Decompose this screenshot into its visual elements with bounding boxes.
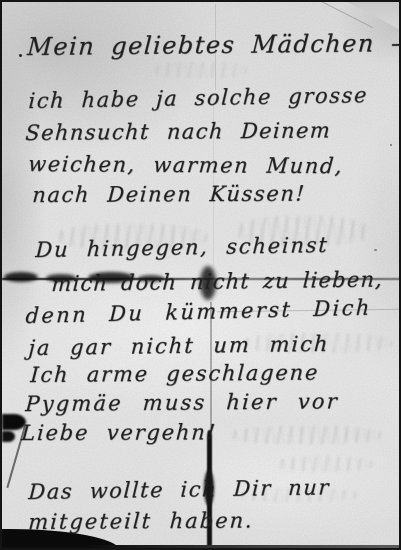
handwritten-line: denn Du kümmerst Dich <box>25 298 372 327</box>
handwritten-line: ja gar nicht um mich <box>28 334 330 359</box>
paper-corner-fold <box>347 2 399 29</box>
handwritten-line-salutation: Mein geliebtes Mädchen – <box>27 31 401 59</box>
handwritten-line: ich habe ja solche grosse <box>28 85 369 112</box>
ink-speck <box>374 249 377 251</box>
handwritten-line: weichen, warmen Mund, <box>27 154 344 177</box>
ink-speck <box>19 54 22 57</box>
handwritten-line: Du hingegen, scheinst <box>35 235 329 261</box>
handwritten-line: mich doch nicht zu lieben, <box>51 269 384 295</box>
edge-ink-blot <box>2 431 15 442</box>
bottom-edge-shadow <box>2 545 401 550</box>
handwritten-line: Pygmäe muss hier vor <box>25 391 340 415</box>
ink-bleed-mark <box>152 62 248 78</box>
ink-speck <box>390 144 392 146</box>
ink-bleed-mark <box>277 456 373 472</box>
handwritten-line: Sehnsucht nach Deinem <box>25 120 332 144</box>
ink-bleed-mark <box>230 426 382 444</box>
handwritten-line: Ich arme geschlagene <box>30 362 320 386</box>
handwritten-line: nach Deinen Küssen! <box>32 184 307 206</box>
letter-photograph: Mein geliebtes Mädchen – ich habe ja sol… <box>0 0 401 550</box>
crease-smudge <box>4 272 38 282</box>
handwritten-line: Liebe vergehn! <box>21 422 218 444</box>
handwritten-line-closing: mitgeteilt haben. <box>28 510 255 533</box>
handwritten-line: Das wollte ich Dir nur <box>28 477 331 503</box>
